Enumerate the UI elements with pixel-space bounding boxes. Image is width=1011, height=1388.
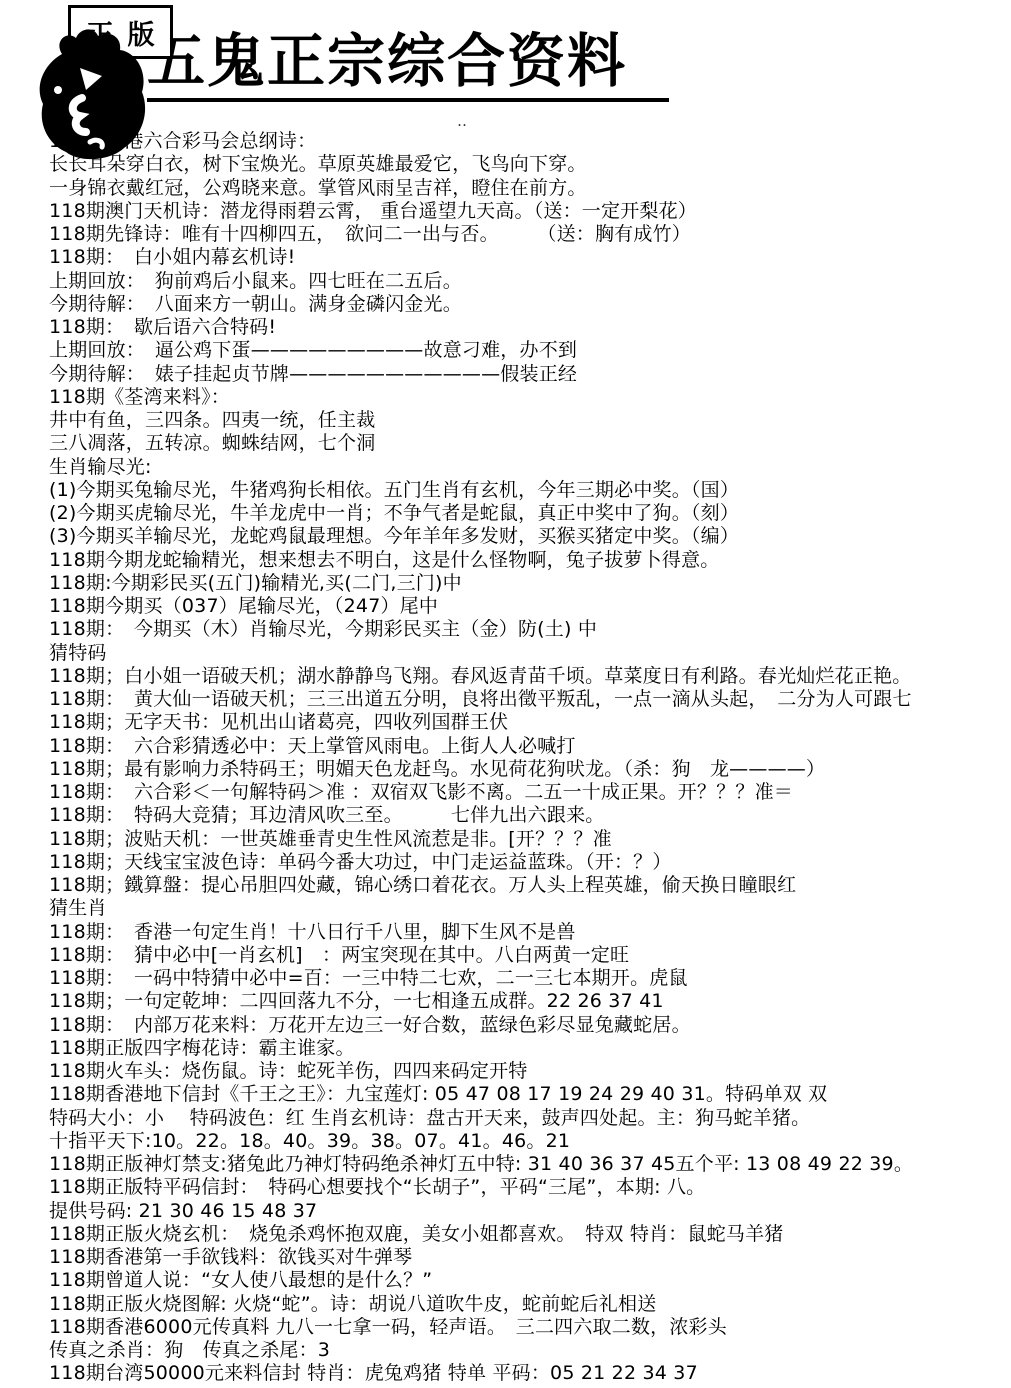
text-line: 118期；白小姐一语破天机；湖水静静鸟飞翔。春风返青苗千顷。草菜度日有利路。春光… [49, 665, 1011, 688]
ink-blob-logo [28, 24, 156, 162]
scanned-lottery-sheet: 正版 五鬼正宗综合资料 ‥ 118期香港六合彩马会总纲诗：长长耳朵穿白衣，树下宝… [0, 0, 1011, 1388]
text-line: (3)今期买羊输尽光，龙蛇鸡鼠最理想。今年羊年多发财，买猴买猪定中奖。（编） [49, 525, 1011, 548]
text-line: 118期曾道人说：“女人使八最想的是什么？” [49, 1269, 1011, 1292]
text-line: 118期： 猜中必中[一肖玄机] ：两宝突现在其中。八白两黄一定旺 [49, 944, 1011, 967]
text-line: 118期；最有影响力杀特码王；明媚天色龙赶鸟。水见荷花狗吠龙。（杀：狗 龙———… [49, 758, 1011, 781]
page-title: 五鬼正宗综合资料 [147, 27, 627, 95]
text-line: 118期火车头：烧伤鼠。诗：蛇死羊伤，四四来码定开特 [49, 1060, 1011, 1083]
text-line: 118期；波贴天机：一世英雄垂青史生性风流惹是非。[开？？？准 [49, 828, 1011, 851]
text-line: 118期： 内部万花来料：万花开左边三一好合数，蓝绿色彩尽显兔藏蛇居。 [49, 1014, 1011, 1037]
text-line: 118期： 黄大仙一语破天机；三三出道五分明，良将出徵平叛乱，一点一滴从头起， … [49, 688, 1011, 711]
text-line: 118期《荃湾来料》： [49, 386, 1011, 409]
text-line: 118期： 今期买（木）肖输尽光，今期彩民买主（金）防(土) 中 [49, 618, 1011, 641]
text-line: 特码大小：小 特码波色：红 生肖玄机诗：盘古开天来，鼓声四处起。主：狗马蛇羊猪。 [49, 1107, 1011, 1130]
text-line: 118期先锋诗：唯有十四柳四五， 欲问二一出与否。 （送：胸有成竹） [49, 223, 1011, 246]
text-line: (2)今期买虎输尽光，牛羊龙虎中一肖；不争气者是蛇鼠，真正中奖中了狗。（刻） [49, 502, 1011, 525]
text-line: 118期今期龙蛇输精光，想来想去不明白，这是什么怪物啊，兔子拔萝卜得意。 [49, 549, 1011, 572]
text-line: 118期今期买（037）尾输尽光，（247）尾中 [49, 595, 1011, 618]
body-text: 118期香港六合彩马会总纲诗：长长耳朵穿白衣，树下宝焕光。草原英雄最爱它，飞鸟向… [49, 130, 1011, 1386]
text-line: 上期回放： 狗前鸡后小鼠来。四七旺在二五后。 [49, 270, 1011, 293]
text-line: 今期待解： 婊子挂起贞节牌———————————假装正经 [49, 363, 1011, 386]
text-line: 今期待解： 八面来方一朝山。满身金磷闪金光。 [49, 293, 1011, 316]
text-line: 118期香港6000元传真料 九八一七拿一码，轻声语。 三二四六取二数，浓彩头 [49, 1316, 1011, 1339]
text-line: 118期；鐵算盤：提心吊胆四处藏，锦心绣口着花衣。万人头上程英雄，偷天换日瞳眼红 [49, 874, 1011, 897]
text-line: 生肖输尽光: [49, 456, 1011, 479]
text-line: 118期： 白小姐内幕玄机诗! [49, 246, 1011, 269]
text-line: 十指平天下:10。22。18。40。39。38。07。41。46。21 [49, 1130, 1011, 1153]
text-line: 118期： 六合彩＜一句解特码＞准 ：双宿双飞影不离。二五一十成正果。开？？？准… [49, 781, 1011, 804]
title-underline: 五鬼正宗综合资料 [147, 30, 669, 102]
scan-artifact-dots: ‥ [457, 112, 472, 130]
text-line: 猜特码 [49, 642, 1011, 665]
text-line: 118期： 香港一句定生肖！十八日行千八里，脚下生风不是兽 [49, 921, 1011, 944]
text-line: 118期： 一码中特猜中必中=百：一三中特二七欢，二一三七本期开。虎鼠 [49, 967, 1011, 990]
text-line: 118期： 特码大竞猜；耳边清风吹三至。 七伴九出六跟来。 [49, 804, 1011, 827]
text-line: 一身锦衣戴红冠，公鸡晓来意。掌管风雨呈吉祥，瞪住在前方。 [49, 177, 1011, 200]
text-line: (1)今期买兔输尽光，牛猪鸡狗长相依。五门生肖有玄机，今年三期必中奖。（国） [49, 479, 1011, 502]
text-line: 118期:今期彩民买(五门)输精光,买(二门,三门)中 [49, 572, 1011, 595]
text-line: 上期回放： 逼公鸡下蛋—————————故意刁难，办不到 [49, 339, 1011, 362]
text-line: 传真之杀肖：狗 传真之杀尾：3 [49, 1339, 1011, 1362]
text-line: 井中有鱼，三四条。四夷一统，任主裁 [49, 409, 1011, 432]
text-line: 118期： 歇后语六合特码! [49, 316, 1011, 339]
text-line: 三八凋落，五转凉。蜘蛛结网，七个洞 [49, 432, 1011, 455]
text-line: 118期正版特平码信封： 特码心想要找个“长胡子”，平码“三尾”，本期: 八。 [49, 1176, 1011, 1199]
text-line: 118期正版火烧玄机： 烧兔杀鸡怀抱双鹿，美女小姐都喜欢。 特双 特肖：鼠蛇马羊… [49, 1223, 1011, 1246]
text-line: 长长耳朵穿白衣，树下宝焕光。草原英雄最爱它，飞鸟向下穿。 [49, 153, 1011, 176]
text-line: 118期正版四字梅花诗：霸主谁家。 [49, 1037, 1011, 1060]
text-line: 118期香港六合彩马会总纲诗： [49, 130, 1011, 153]
text-line: 118期；天线宝宝波色诗：单码今番大功过，中门走运益蓝珠。（开：？） [49, 851, 1011, 874]
text-line: 118期正版火烧图解: 火烧“蛇”。诗：胡说八道吹牛皮，蛇前蛇后礼相送 [49, 1293, 1011, 1316]
text-line: 猜生肖 [49, 897, 1011, 920]
text-line: 118期香港第一手欲钱料：欲钱买对牛弹琴 [49, 1246, 1011, 1269]
text-line: 118期澳门天机诗：潜龙得雨碧云霄， 重台遥望九天高。（送：一定开梨花） [49, 200, 1011, 223]
text-line: 118期正版神灯禁支:猪兔此乃神灯特码绝杀神灯五中特: 31 40 36 37 … [49, 1153, 1011, 1176]
text-line: 118期香港地下信封《千王之王》：九宝莲灯: 05 47 08 17 19 24… [49, 1083, 1011, 1106]
text-line: 118期台湾50000元来料信封 特肖：虎兔鸡猪 特单 平码：05 21 22 … [49, 1362, 1011, 1385]
text-line: 118期；无字天书：见机出山诸葛亮，四收列国群王伏 [49, 711, 1011, 734]
text-line: 提供号码: 21 30 46 15 48 37 [49, 1200, 1011, 1223]
text-line: 118期；一句定乾坤：二四回落九不分，一七相逢五成群。22 26 37 41 [49, 990, 1011, 1013]
text-line: 118期： 六合彩猜透必中：天上掌管风雨电。上街人人必喊打 [49, 735, 1011, 758]
